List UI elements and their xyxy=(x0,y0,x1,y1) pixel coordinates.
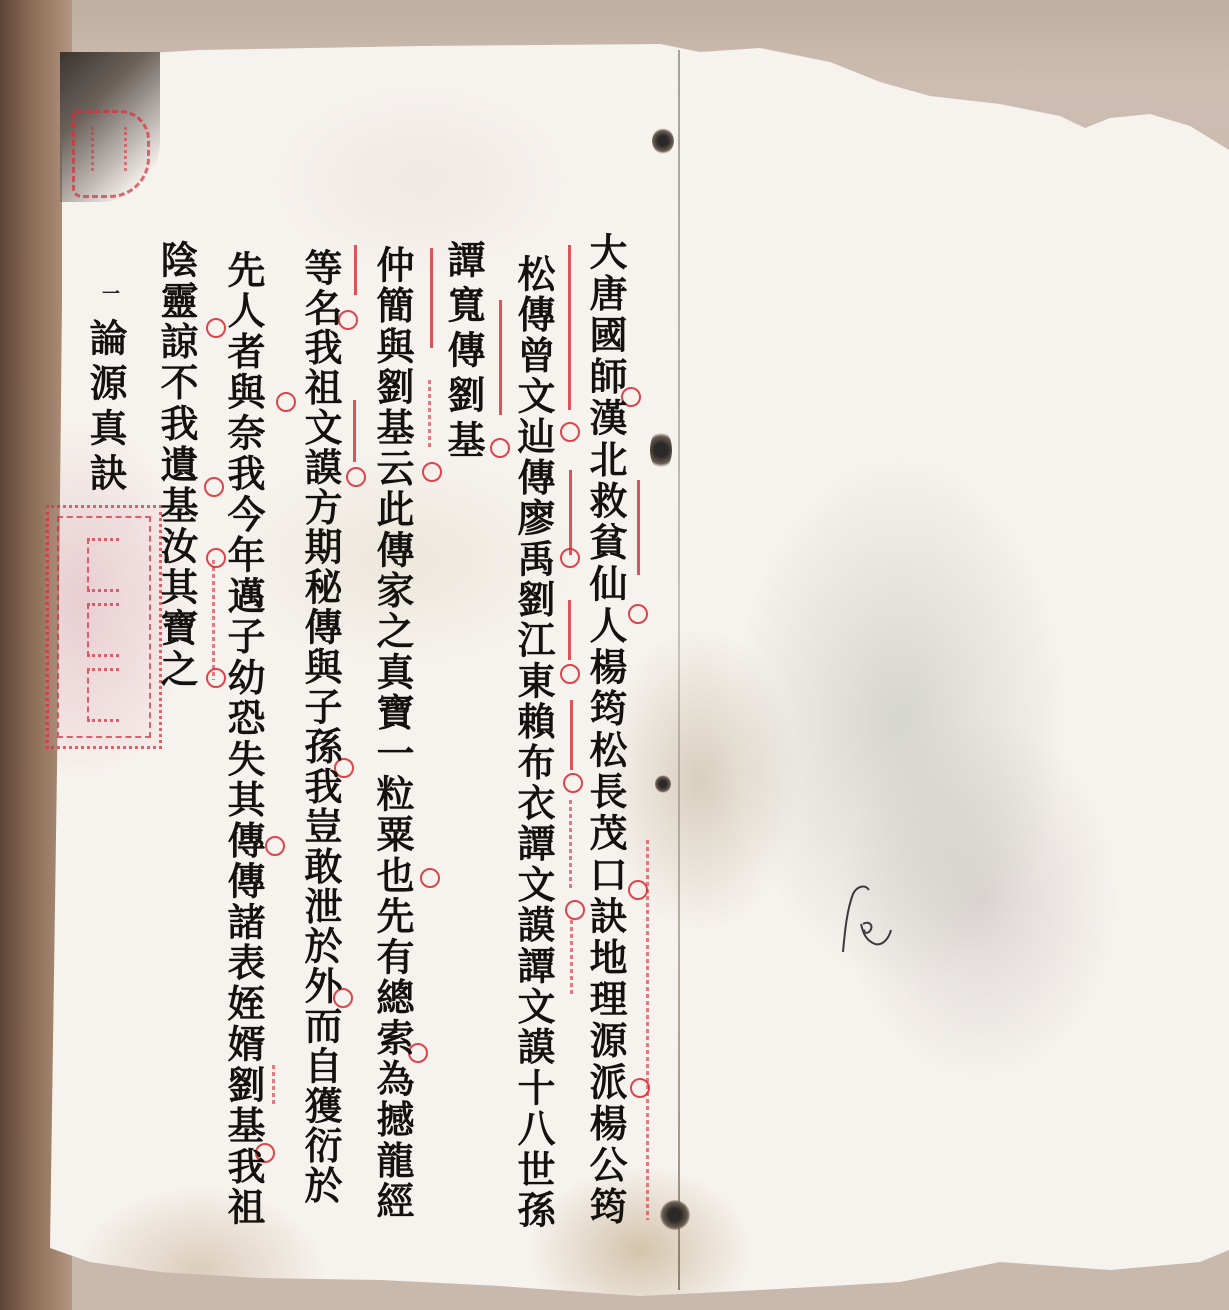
proper-name-mark xyxy=(428,380,431,450)
punctuation-circle xyxy=(420,868,440,888)
punctuation-circle xyxy=(630,1078,650,1098)
text-column-7: 陰靈諒不我遺基汝其寶之 xyxy=(154,240,198,690)
red-seal-top xyxy=(72,110,150,198)
proper-name-mark xyxy=(568,245,571,410)
proper-name-mark xyxy=(569,800,572,890)
proper-name-mark xyxy=(272,1065,275,1105)
text-column-5: 等名我祖文謨方期秘傳與子孫我豈敢泄於外而自獲衍於 xyxy=(298,248,342,1206)
punctuation-circle xyxy=(560,664,580,684)
proper-name-mark xyxy=(646,840,649,1220)
proper-name-mark xyxy=(430,248,433,348)
text-column-4: 仲簡與劉基云此傳家之真寶一粒粟也先有總索為撼龍經 xyxy=(370,245,414,1222)
punctuation-circle xyxy=(422,462,442,482)
seal-glyph xyxy=(87,668,119,722)
proper-name-mark xyxy=(499,300,502,415)
punctuation-circle xyxy=(563,773,583,793)
red-seal-square xyxy=(46,505,162,749)
section-marker: 一 xyxy=(96,284,122,302)
text-column-1: 大唐國師漢北救貧仙人楊筠松長茂口訣地理源派楊公筠 xyxy=(583,232,627,1228)
page-fold xyxy=(678,50,680,1290)
punctuation-circle xyxy=(346,467,366,487)
proper-name-mark xyxy=(568,600,571,660)
binding-hole xyxy=(652,128,674,154)
punctuation-circle xyxy=(276,392,296,412)
text-column-2: 松傳曾文辿傳廖禹劉江東賴布衣譚文謨譚文謨十八世孫 xyxy=(511,254,555,1231)
binding-hole xyxy=(660,1200,690,1230)
binding-hole xyxy=(650,430,672,470)
seal-glyph xyxy=(87,603,119,657)
text-column-6: 先人者與奈我今年邁子幼恐失其傳傳諸表姪婿劉基我祖 xyxy=(221,250,265,1228)
binding-hole xyxy=(655,775,671,793)
proper-name-mark xyxy=(570,700,573,770)
section-heading: 論源真訣 xyxy=(83,318,127,498)
proper-name-mark xyxy=(354,245,357,295)
punctuation-circle xyxy=(628,880,648,900)
proper-name-mark xyxy=(353,400,356,462)
pencil-mark xyxy=(835,880,905,960)
proper-name-mark xyxy=(569,470,572,555)
proper-name-mark xyxy=(637,480,640,575)
text-column-3: 譚寬傳劉基 xyxy=(441,240,485,465)
seal-glyph xyxy=(87,538,119,592)
punctuation-circle xyxy=(265,836,285,856)
proper-name-mark xyxy=(212,560,215,680)
punctuation-circle xyxy=(565,900,585,920)
punctuation-circle xyxy=(560,548,580,568)
proper-name-mark xyxy=(570,920,573,995)
punctuation-circle xyxy=(490,438,510,458)
punctuation-circle xyxy=(560,422,580,442)
punctuation-circle xyxy=(628,604,648,624)
